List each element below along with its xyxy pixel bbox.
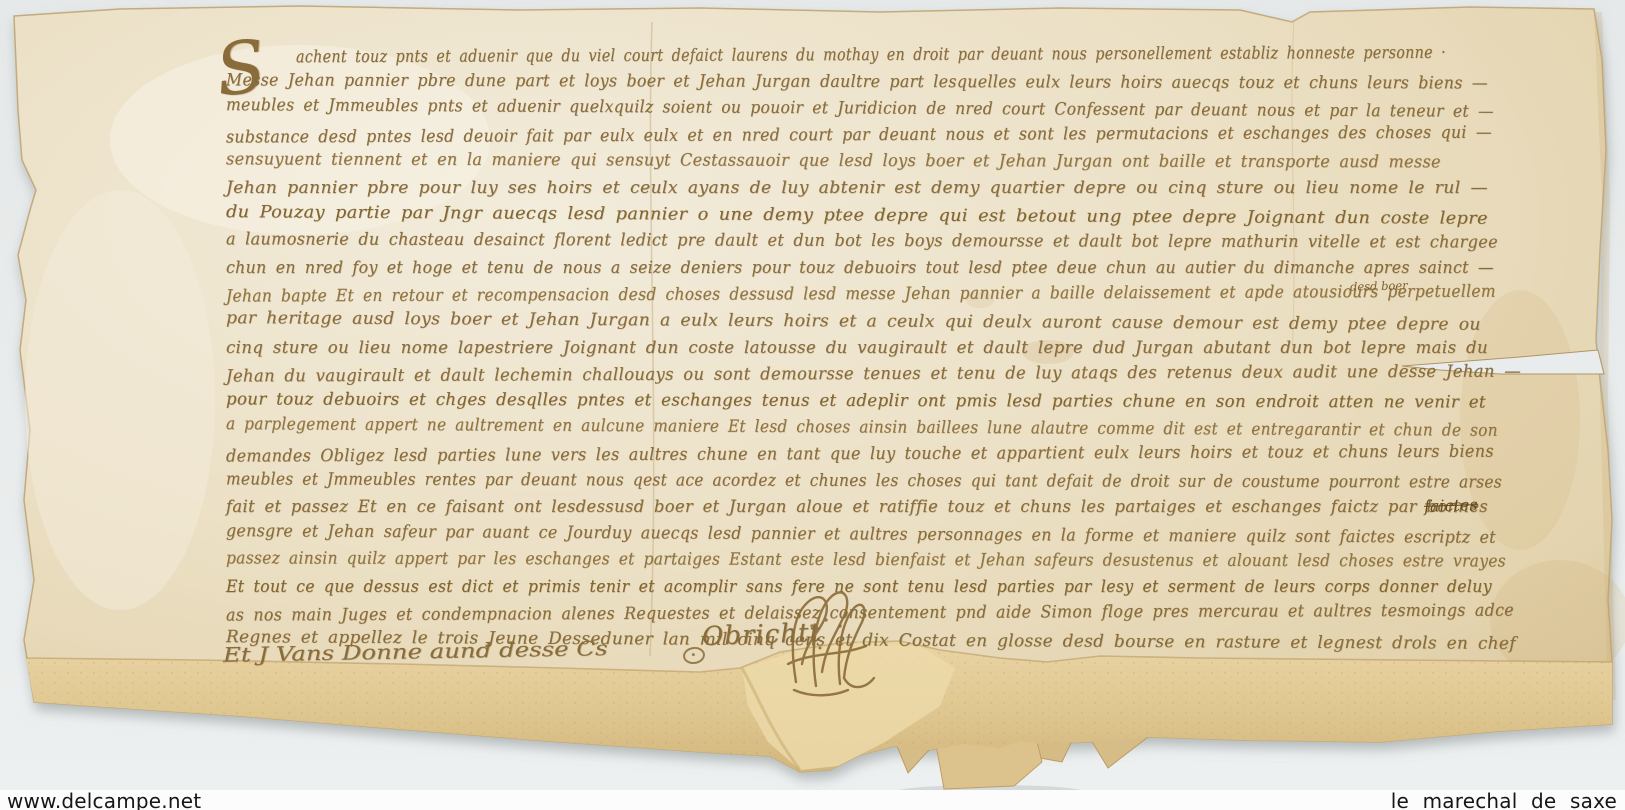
manuscript-line: Jehan du vaugirault et dault lechemin ch… [226,359,1546,391]
manuscript-line: fait et passez Et en ce faisant ont lesd… [226,494,1546,521]
notary-paraph-icon [782,586,878,706]
illuminated-initial: S [212,33,269,103]
manuscript-line: cinq sture ou lieu nome lapestriere Joig… [226,335,1546,362]
manuscript-line: demandes Obligez lesd parties lune vers … [226,438,1546,470]
manuscript-line: chun en nred foy et hoge et tenu de nous… [226,255,1546,282]
manuscript-line: sensuyuent tiennent et en la maniere qui… [226,147,1546,177]
photo-background: achent touz pnts et aduenir que du viel … [0,0,1625,810]
photo-strip [0,790,1625,810]
struck-word: faictes [1424,495,1478,516]
manuscript-line: achent touz pnts et aduenir que du viel … [226,39,1546,71]
watermark-right: le marechal de saxe [1391,789,1617,810]
interlinear-note: desd boer [1350,278,1408,294]
manuscript-line: meubles et Jmmeubles rentes par deuant n… [226,466,1546,496]
manuscript-text: achent touz pnts et aduenir que du viel … [226,42,1546,654]
manuscript-line: a laumosnerie du chasteau desainct flore… [226,227,1546,257]
manuscript-line: Jehan pannier pbre pour luy ses hoirs et… [226,175,1546,202]
watermark-left: www.delcampe.net [7,789,201,810]
manuscript-line: passez ainsin quilz appert par les escha… [226,546,1546,576]
manuscript-line: Et tout ce que dessus est dict et primis… [226,574,1546,601]
